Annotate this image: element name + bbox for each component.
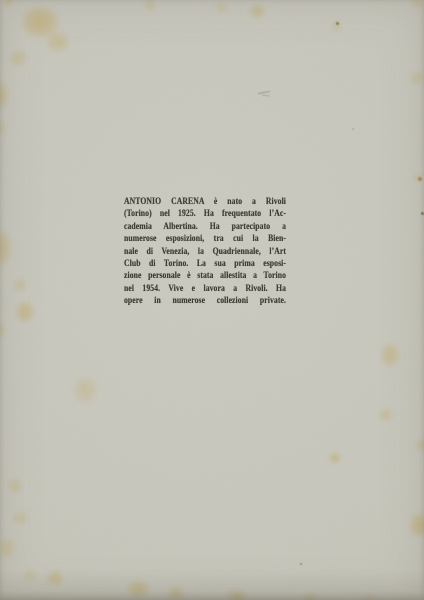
foxing-stain	[0, 320, 8, 340]
foxing-stain	[40, 26, 76, 58]
foxing-stain	[12, 0, 68, 46]
paper-speck	[262, 95, 270, 97]
foxing-stain	[412, 172, 424, 184]
biography-line: cademia Albertina. Ha partecipato a	[124, 221, 286, 233]
biography-line: Club di Torino. La sua prima esposi-	[124, 258, 286, 270]
biography-line: ANTONIO CARENA è nato a Rivoli	[124, 196, 286, 208]
foxing-stain	[20, 566, 40, 584]
foxing-stain	[407, 68, 424, 88]
paper-speck	[352, 128, 354, 130]
biography-line: zione personale è stata allestita a Tori…	[124, 270, 286, 282]
biography-text-block: ANTONIO CARENA è nato a Rivoli (Torino) …	[124, 196, 286, 308]
paper-speck	[300, 563, 302, 565]
foxing-stain	[376, 337, 404, 373]
foxing-stain	[213, 0, 231, 15]
foxing-stain	[361, 593, 379, 600]
foxing-stain	[42, 566, 68, 590]
foxing-stain	[222, 586, 252, 600]
foxing-stain	[0, 73, 14, 117]
biography-line: opere in numerose collezioni private.	[124, 295, 286, 307]
foxing-stain	[121, 576, 155, 600]
foxing-stain	[412, 435, 424, 455]
book-page: ANTONIO CARENA è nato a Rivoli (Torino) …	[0, 0, 424, 600]
foxing-stain	[11, 296, 39, 328]
biography-line: nale di Venezia, la Quadriennale, l’Art	[124, 246, 286, 258]
biography-line: (Torino) nel 1925. Ha frequentato l’Ac-	[124, 208, 286, 220]
foxing-stain	[376, 405, 396, 425]
biography-line: numerose esposizioni, tra cui la Bien-	[124, 233, 286, 245]
foxing-stain	[245, 0, 269, 22]
foxing-stain	[0, 116, 9, 140]
paper-speck	[418, 177, 422, 181]
paper-speck	[336, 22, 339, 25]
foxing-stain	[0, 532, 19, 564]
foxing-stain	[67, 370, 103, 410]
foxing-stain	[4, 45, 32, 71]
foxing-stain	[329, 19, 343, 33]
paper-speck	[258, 91, 270, 94]
foxing-stain	[141, 0, 159, 13]
foxing-stain	[327, 450, 343, 466]
foxing-stain	[10, 275, 30, 295]
foxing-stain	[164, 583, 188, 600]
foxing-stain	[405, 507, 424, 543]
foxing-stain	[4, 475, 26, 497]
foxing-stain	[0, 0, 16, 10]
foxing-stain	[299, 590, 321, 600]
foxing-stain	[8, 507, 32, 529]
foxing-stain	[0, 222, 15, 274]
biography-line: nel 1954. Vive e lavora a Rivoli. Ha	[124, 283, 286, 295]
foxing-stain	[408, 0, 424, 12]
